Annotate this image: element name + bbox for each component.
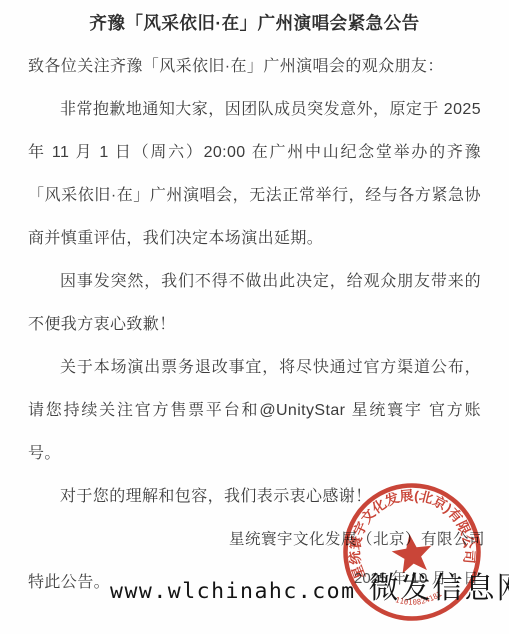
watermark-site-name: 微发信息网 bbox=[369, 563, 509, 607]
paragraph-postponement: 非常抱歉地通知大家，因团队成员突发意外，原定于 2025 年 11 月 1 日（… bbox=[28, 88, 481, 260]
announcement-document: 齐豫「风采依旧·在」广州演唱会紧急公告 致各位关注齐豫「风采依旧·在」广州演唱会… bbox=[0, 0, 509, 634]
page-title: 齐豫「风采依旧·在」广州演唱会紧急公告 bbox=[28, 2, 481, 45]
salutation-line: 致各位关注齐豫「风采依旧·在」广州演唱会的观众朋友： bbox=[28, 45, 481, 88]
watermark-url-text: www.wlchinahc.com bbox=[110, 579, 356, 604]
paragraph-refund-info: 关于本场演出票务退改事宜，将尽快通过官方渠道公布，请您持续关注官方售票平台和@U… bbox=[28, 346, 481, 475]
paragraph-apology: 因事发突然，我们不得不做出此决定，给观众朋友带来的不便我方衷心致歉！ bbox=[28, 260, 481, 346]
site-watermark: www.wlchinahc.com 微发信息网 bbox=[110, 563, 509, 607]
